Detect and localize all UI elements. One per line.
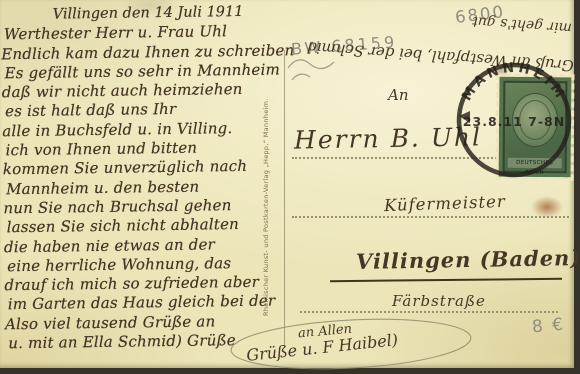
upside-down-note-2: mir geht's gut xyxy=(460,12,573,36)
publisher-imprint: Rheinischer Kunst- und Postkarten-Verlag… xyxy=(262,58,271,316)
address-intro: An xyxy=(388,86,409,104)
postcard-back: Villingen den 14 Juli 1911 Werthester He… xyxy=(0,0,574,368)
postcard-scan: Villingen den 14 Juli 1911 Werthester He… xyxy=(0,0,580,374)
address-dotted-line xyxy=(300,311,558,313)
town-underline xyxy=(330,278,562,282)
postmark-datetime: 23.8.11 7-8N xyxy=(463,114,565,129)
svg-text:MANNHEIM: MANNHEIM xyxy=(459,60,570,104)
postmark-town: MANNHEIM xyxy=(459,60,570,104)
address-town: Villingen (Baden) xyxy=(356,245,580,274)
pencil-price: 8 € xyxy=(531,315,566,338)
address-street: Färbstraße xyxy=(392,292,486,310)
rust-stain xyxy=(531,196,563,218)
address-dotted-line xyxy=(292,216,569,218)
divider-line xyxy=(284,50,285,346)
postmark: MANNHEIM 23.8.11 7-8N xyxy=(443,46,580,196)
